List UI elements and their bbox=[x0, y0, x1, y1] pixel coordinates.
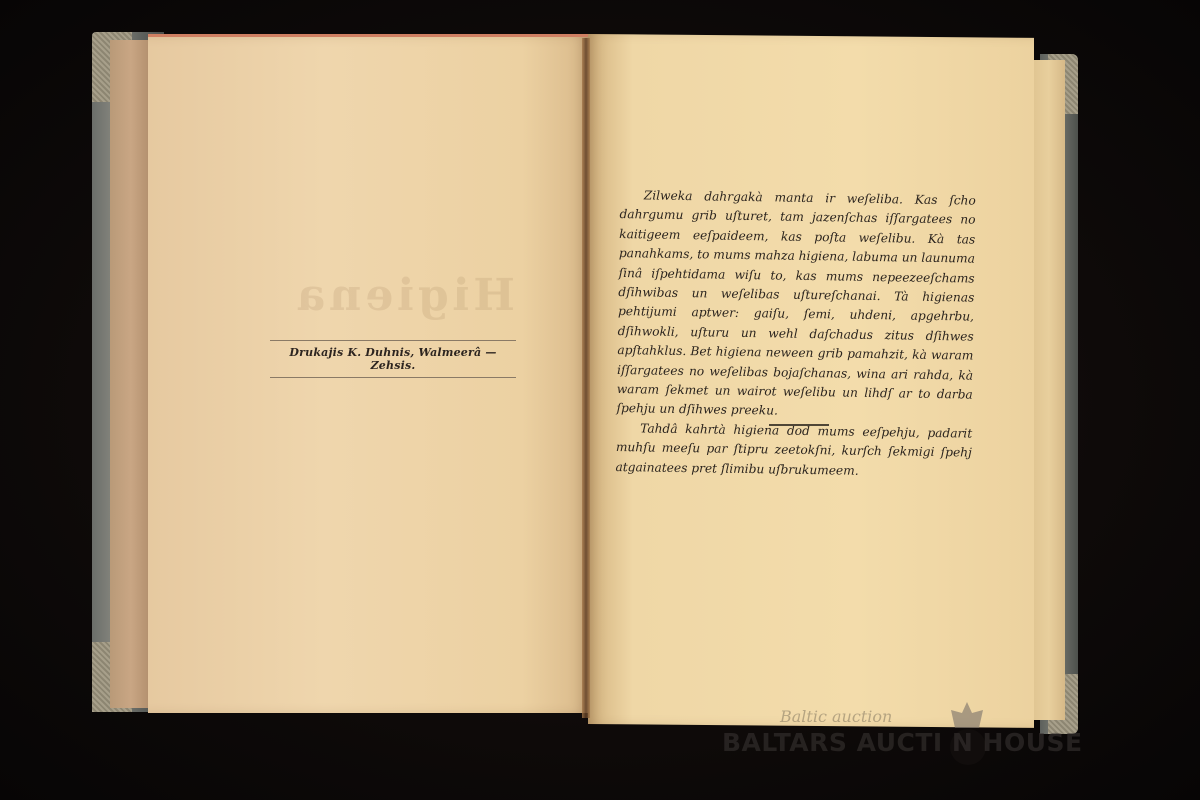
watermark-label: BALTARS AUCTI N HOUSE bbox=[722, 728, 1083, 757]
book-gutter bbox=[582, 38, 590, 718]
crown-icon bbox=[949, 702, 985, 728]
printer-imprint: Drukajis K. Duhnis, Walmeerâ — Zehsis. bbox=[270, 340, 516, 378]
paragraph: Zilweka dahrgakà manta ir weſeliba. Kas … bbox=[616, 186, 976, 424]
paragraph: Tahdâ kahrtà higiena dod mums eeſpehju, … bbox=[615, 419, 972, 483]
right-page-text: Zilweka dahrgakà manta ir weſeliba. Kas … bbox=[615, 186, 976, 483]
end-rule bbox=[769, 424, 829, 426]
bleed-through-title: Higiena bbox=[265, 270, 515, 320]
watermark-script: Baltic auction bbox=[780, 707, 892, 726]
